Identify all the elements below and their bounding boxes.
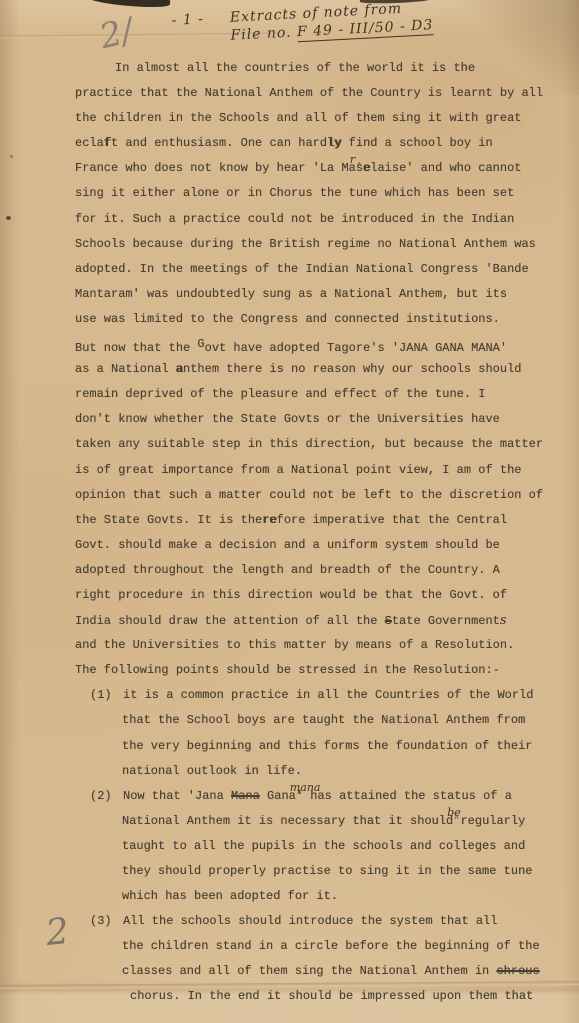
text-line: The following points should be stressed … [75, 658, 567, 683]
text-line: classes and all of them sing the Nationa… [75, 959, 567, 984]
text-line: practice that the National Anthem of the… [75, 81, 567, 106]
struck-text: S [385, 614, 392, 628]
text-line: National Anthem it is necessary that it … [75, 809, 567, 834]
scanned-document-page: 2/ - 1 - Extracts of note from File no. … [0, 0, 579, 1023]
text-line: that the School boys are taught the Nati… [75, 708, 567, 733]
paper-speck [6, 216, 11, 220]
struck-text: Mana [231, 789, 260, 803]
text-line: Govt. should make a decision and a unifo… [75, 533, 567, 558]
text-line: (3)All the schools should introduce the … [75, 909, 567, 934]
text-line: for it. Such a practice could not be int… [75, 207, 567, 232]
text-line: the children stand in a circle before th… [75, 934, 567, 959]
handwritten-correction: ' [296, 789, 303, 803]
text-line: In almost all the countries of the world… [75, 56, 567, 81]
text-line: taught to all the pupils in the schools … [75, 834, 567, 859]
text-line: sing it either alone or in Chorus the tu… [75, 181, 567, 206]
struck-text: chrous [496, 964, 539, 978]
handwritten-file-label: File no. [230, 25, 292, 44]
text-line: is of great importance from a National p… [75, 458, 567, 483]
text-line: remain deprived of the pleasure and effe… [75, 382, 567, 407]
torn-edge-mark [88, 0, 171, 10]
list-item-number: (2) [90, 784, 123, 809]
text-line: and the Universities to this matter by m… [75, 633, 567, 658]
text-line: as a National anthem there is no reason … [75, 357, 567, 382]
text-line: right procedure in this direction would … [75, 583, 567, 608]
typed-text: e [363, 161, 370, 175]
handwritten-header: - 1 - Extracts of note from File no. F 4… [171, 0, 433, 47]
text-line: But now that the Govt have adopted Tagor… [75, 332, 567, 357]
text-line: the children in the Schools and all of t… [75, 106, 567, 131]
text-line: adopted throughout the length and breadt… [75, 558, 567, 583]
typed-text: ly [327, 136, 341, 150]
pencil-mark-top: 2/ [96, 11, 138, 58]
text-line: India should draw the attention of all t… [75, 608, 567, 633]
text-line: don't know whether the State Govts or th… [75, 407, 567, 432]
text-line: opinion that such a matter could not be … [75, 483, 567, 508]
document-text: In almost all the countries of the world… [75, 56, 567, 1010]
handwritten-page-number: - 1 - [171, 11, 204, 29]
text-line: Schools because during the British regim… [75, 232, 567, 257]
text-line: France who does not know by hear 'La Mas… [75, 156, 567, 181]
typed-text: f [104, 136, 111, 150]
list-item-number: (1) [90, 683, 123, 708]
text-line: (1)it is a common practice in all the Co… [75, 683, 567, 708]
text-line: the very beginning and this forms the fo… [75, 734, 567, 759]
text-line: they should properly practise to sing it… [75, 859, 567, 884]
pencil-mark-bottom: 2 [44, 911, 71, 954]
handwritten-correction: s [356, 161, 363, 175]
typed-text: a [176, 362, 183, 376]
text-line: eclaft and enthusiasm. One can hardly fi… [75, 131, 567, 156]
text-line: adopted. In the meetings of the Indian N… [75, 257, 567, 282]
handwritten-correction: s [500, 613, 507, 628]
text-line: (2)Now that 'Jana Mana Gana' has attaine… [75, 784, 567, 809]
text-line: national outlook in life. [75, 759, 567, 784]
paper-speck [10, 155, 13, 158]
text-line: Mantaram' was undoubtedly sung as a Nati… [75, 282, 567, 307]
typed-text: re [262, 513, 276, 527]
handwritten-correction [453, 814, 460, 828]
typed-text: G [197, 337, 204, 351]
list-item-number: (3) [90, 909, 123, 934]
text-line: chorus. In the end it should be impresse… [75, 984, 567, 1009]
text-line: the State Govts. It is therefore imperat… [75, 508, 567, 533]
text-line: taken any suitable step in this directio… [75, 432, 567, 457]
text-line: use was limited to the Congress and conn… [75, 307, 567, 332]
text-line: which has been adopted for it. [75, 884, 567, 909]
